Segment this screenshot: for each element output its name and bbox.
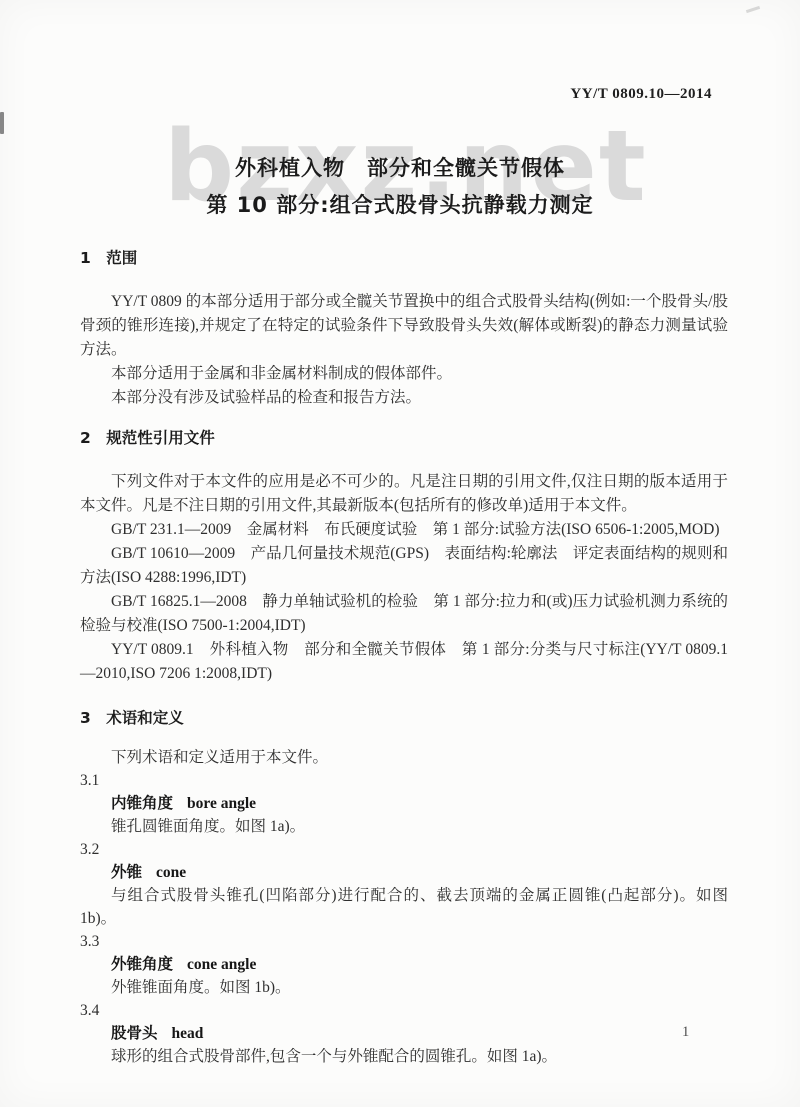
document-title: 外科植入物 部分和全髋关节假体 第 10 部分:组合式股骨头抗静载力测定 [0,150,800,224]
title-line-1: 外科植入物 部分和全髋关节假体 [0,150,800,187]
scope-paragraph-3: 本部分没有涉及试验样品的检查和报告方法。 [80,386,728,410]
term-name-zh: 内锥角度 [111,794,173,812]
term-name-zh: 外锥 [111,863,142,881]
term-name: 内锥角度bore angle [80,792,728,815]
term-number: 3.1 [80,769,728,792]
terms-intro: 下列术语和定义适用于本文件。 [80,746,728,769]
term-entry: 3.3 外锥角度cone angle 外锥锥面角度。如图 1b)。 [80,930,728,999]
reference-item: YY/T 0809.1 外科植入物 部分和全髋关节假体 第 1 部分:分类与尺寸… [80,638,728,686]
standard-code: YY/T 0809.10—2014 [570,86,712,103]
term-name-zh: 外锥角度 [111,955,173,973]
term-name: 外锥角度cone angle [80,953,728,976]
document-body: 1 范围 YY/T 0809 的本部分适用于部分或全髋关节置换中的组合式股骨头结… [80,248,728,1068]
document-page: YY/T 0809.10—2014 bzxz.net 外科植入物 部分和全髋关节… [0,0,800,1107]
references-intro: 下列文件对于本文件的应用是必不可少的。凡是注日期的引用文件,仅注日期的版本适用于… [80,470,728,518]
term-definition: 与组合式股骨头锥孔(凹陷部分)进行配合的、截去顶端的金属正圆锥(凸起部分)。如图… [80,884,728,930]
title-line-2: 第 10 部分:组合式股骨头抗静载力测定 [0,187,800,224]
term-definition: 锥孔圆锥面角度。如图 1a)。 [80,815,728,838]
scope-paragraph-2: 本部分适用于金属和非金属材料制成的假体部件。 [80,362,728,386]
term-name: 股骨头head [80,1022,728,1045]
term-name-en: cone angle [187,956,256,973]
scope-paragraph-1: YY/T 0809 的本部分适用于部分或全髋关节置换中的组合式股骨头结构(例如:… [80,290,728,362]
section-1-heading: 1 范围 [80,248,728,268]
term-entry: 3.2 外锥cone 与组合式股骨头锥孔(凹陷部分)进行配合的、截去顶端的金属正… [80,838,728,930]
reference-item: GB/T 231.1—2009 金属材料 布氏硬度试验 第 1 部分:试验方法(… [80,518,728,542]
scan-artifact-left-edge [0,112,4,134]
section-2-heading: 2 规范性引用文件 [80,428,728,448]
term-name: 外锥cone [80,861,728,884]
term-definition: 外锥锥面角度。如图 1b)。 [80,976,728,999]
term-entry: 3.4 股骨头head 球形的组合式股骨部件,包含一个与外锥配合的圆锥孔。如图 … [80,999,728,1068]
reference-item: GB/T 10610—2009 产品几何量技术规范(GPS) 表面结构:轮廓法 … [80,542,728,590]
term-entry: 3.1 内锥角度bore angle 锥孔圆锥面角度。如图 1a)。 [80,769,728,838]
term-name-en: bore angle [187,795,256,812]
term-number: 3.3 [80,930,728,953]
term-definition: 球形的组合式股骨部件,包含一个与外锥配合的圆锥孔。如图 1a)。 [80,1045,728,1068]
terms-and-definitions: 下列术语和定义适用于本文件。 3.1 内锥角度bore angle 锥孔圆锥面角… [80,746,728,1068]
reference-item: GB/T 16825.1—2008 静力单轴试验机的检验 第 1 部分:拉力和(… [80,590,728,638]
term-number: 3.4 [80,999,728,1022]
term-name-zh: 股骨头 [111,1024,158,1042]
term-name-en: head [172,1025,204,1042]
term-number: 3.2 [80,838,728,861]
section-3-heading: 3 术语和定义 [80,708,728,728]
term-name-en: cone [156,864,186,881]
scan-artifact-top-right [746,6,760,13]
